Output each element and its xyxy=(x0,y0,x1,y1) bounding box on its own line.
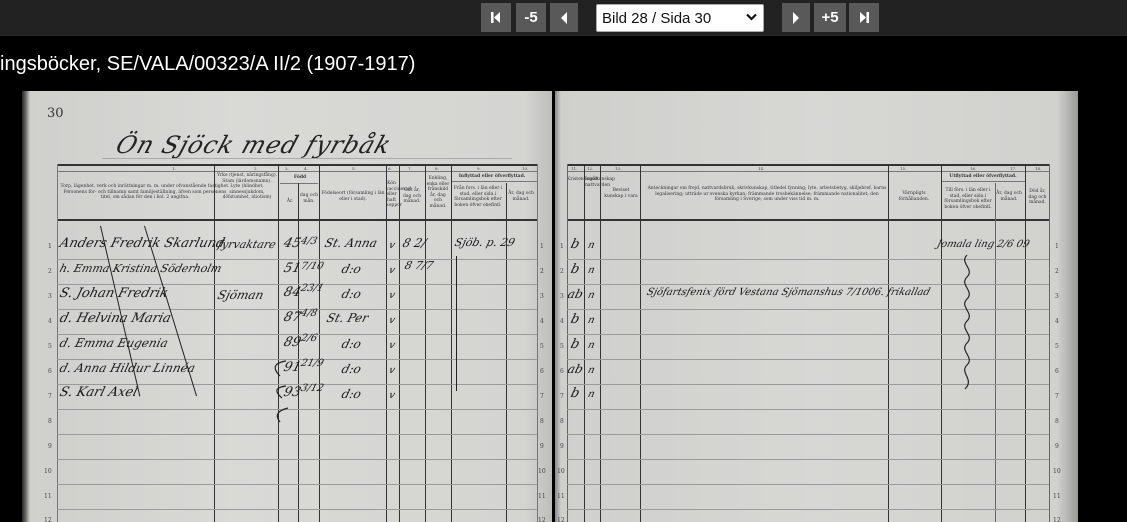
header-col-12: Ingått nattvarden xyxy=(585,177,599,188)
document-title: ingsböcker, SE/VALA/00323/A II/2 (1907-1… xyxy=(0,53,415,76)
handwritten-heading: Ön Sjöck med fyrbåk xyxy=(112,131,395,159)
header-col-17: År, dag och månad. xyxy=(996,191,1022,202)
header-col-7: Gift år, dag och månad. xyxy=(400,188,424,205)
page-select-value: Bild 28 / Sida 30 xyxy=(602,10,711,27)
back-5-button[interactable]: -5 xyxy=(516,3,546,32)
left-page-scan: 30 Ön Sjöck med fyrbåk 1. 2. 3. 4. 5. 6.… xyxy=(22,91,552,522)
header-col-3-group: Född xyxy=(282,175,318,181)
heading-rule xyxy=(102,158,512,159)
header-col-14: Anteckningar om frejd, nattvardsbruk, sk… xyxy=(647,186,887,203)
bracket-mark xyxy=(250,356,290,426)
header-col-11: Kristendomskunskap xyxy=(567,177,583,183)
header-col-1: Torp, lägenhet, verk och inrättningar m.… xyxy=(60,184,230,201)
header-col-4: dag och mån. xyxy=(300,193,318,204)
header-col-15: Värnpligts förhållanden. xyxy=(889,191,939,202)
header-col-9-group: Inflyttad eller öfverflyttad. xyxy=(452,174,532,180)
header-col-3: År. xyxy=(282,199,298,205)
skip-to-first-icon xyxy=(490,11,502,24)
header-col-13: Beviset kunskap i vara xyxy=(603,188,639,199)
next-page-button[interactable] xyxy=(782,3,810,32)
chevron-down-icon xyxy=(746,13,757,21)
previous-page-button[interactable] xyxy=(550,3,578,32)
scan-image-viewer[interactable]: 30 Ön Sjöck med fyrbåk 1. 2. 3. 4. 5. 6.… xyxy=(0,90,1127,522)
header-col-16-group: Utflyttad eller öfverflyttad. xyxy=(943,174,1023,180)
chevron-right-icon xyxy=(792,12,800,24)
page-number: 30 xyxy=(47,106,64,121)
ditto-wavy-line xyxy=(957,253,979,393)
forward-5-button[interactable]: +5 xyxy=(814,3,846,32)
chevron-left-icon xyxy=(560,12,568,24)
image-navigation-toolbar: -5 Bild 28 / Sida 30 +5 xyxy=(0,0,1127,36)
first-page-button[interactable] xyxy=(481,3,511,32)
header-col-18: Död år, dag och månad. xyxy=(1026,189,1049,206)
skip-to-last-icon xyxy=(858,11,870,24)
page-select-dropdown[interactable]: Bild 28 / Sida 30 xyxy=(596,4,764,32)
header-col-2: Yrke (tjenst, näringsfång). Stam (lärdom… xyxy=(217,173,277,201)
header-col-8: Enkling, enka eller frånskild år, dag oc… xyxy=(426,176,450,209)
last-page-button[interactable] xyxy=(849,3,879,32)
header-col-10: År, dag och månad. xyxy=(507,191,535,202)
header-col-16: Till förs. i län eller i stad, eller sid… xyxy=(943,188,993,210)
header-col-9: Från fors. i län eller i stad, eller sid… xyxy=(452,186,504,208)
header-col-6: Kön vaccinerad eller haft koppor xyxy=(386,181,397,209)
right-page-scan: 11. 12. 13. 14. 15. 16. 17. 18. Kristend… xyxy=(555,91,1078,522)
header-col-5: Födelseort (församling i län eller i sta… xyxy=(320,191,386,202)
